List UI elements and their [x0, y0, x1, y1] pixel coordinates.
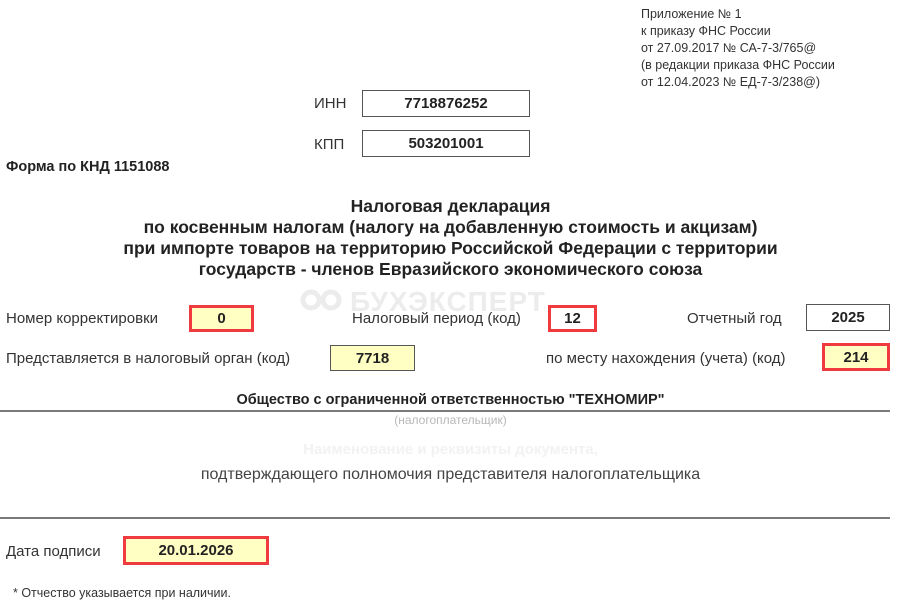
appendix-line: от 27.09.2017 № СА-7-3/765@: [641, 40, 835, 57]
location-code-field[interactable]: 214: [822, 343, 890, 371]
title-line: государств - членов Евразийского экономи…: [0, 259, 901, 280]
appendix-line: к приказу ФНС России: [641, 23, 835, 40]
taxpayer-name[interactable]: Общество с ограниченной ответственностью…: [0, 392, 901, 408]
taxpayer-caption: (налогоплательщик): [0, 413, 901, 427]
reporting-year-label: Отчетный год: [687, 310, 782, 327]
representative-underline: [0, 517, 890, 519]
inn-label: ИНН: [314, 95, 346, 112]
signature-date-field[interactable]: 20.01.2026: [123, 536, 269, 565]
inn-field[interactable]: 7718876252: [362, 90, 530, 117]
representative-doc-label: подтверждающего полномочия представителя…: [0, 466, 901, 484]
footnote: * Отчество указывается при наличии.: [13, 586, 231, 600]
location-code-label: по месту нахождения (учета) (код): [546, 350, 786, 367]
title-line: по косвенным налогам (налогу на добавлен…: [0, 217, 901, 238]
owl-logo-icon: [300, 286, 342, 318]
title-line: Налоговая декларация: [0, 196, 901, 217]
signature-date-label: Дата подписи: [6, 543, 101, 560]
representative-doc-label-faded: Наименование и реквизиты документа,: [0, 441, 901, 458]
taxpayer-underline: [0, 410, 890, 412]
correction-number-label: Номер корректировки: [6, 310, 158, 327]
tax-authority-label: Представляется в налоговый орган (код): [6, 350, 290, 367]
tax-authority-field[interactable]: 7718: [330, 345, 415, 371]
kpp-field[interactable]: 503201001: [362, 130, 530, 157]
appendix-line: от 12.04.2023 № ЕД-7-3/238@): [641, 74, 835, 91]
tax-period-field[interactable]: 12: [548, 305, 597, 332]
appendix-line: Приложение № 1: [641, 6, 835, 23]
form-code: Форма по КНД 1151088: [6, 159, 170, 175]
tax-period-label: Налоговый период (код): [352, 310, 521, 327]
title-line: при импорте товаров на территорию Россий…: [0, 238, 901, 259]
reporting-year-field[interactable]: 2025: [806, 304, 890, 331]
appendix-line: (в редакции приказа ФНС России: [641, 57, 835, 74]
correction-number-field[interactable]: 0: [189, 305, 254, 332]
kpp-label: КПП: [314, 136, 344, 153]
declaration-title: Налоговая декларация по косвенным налога…: [0, 196, 901, 280]
appendix-reference: Приложение № 1 к приказу ФНС России от 2…: [641, 6, 835, 91]
